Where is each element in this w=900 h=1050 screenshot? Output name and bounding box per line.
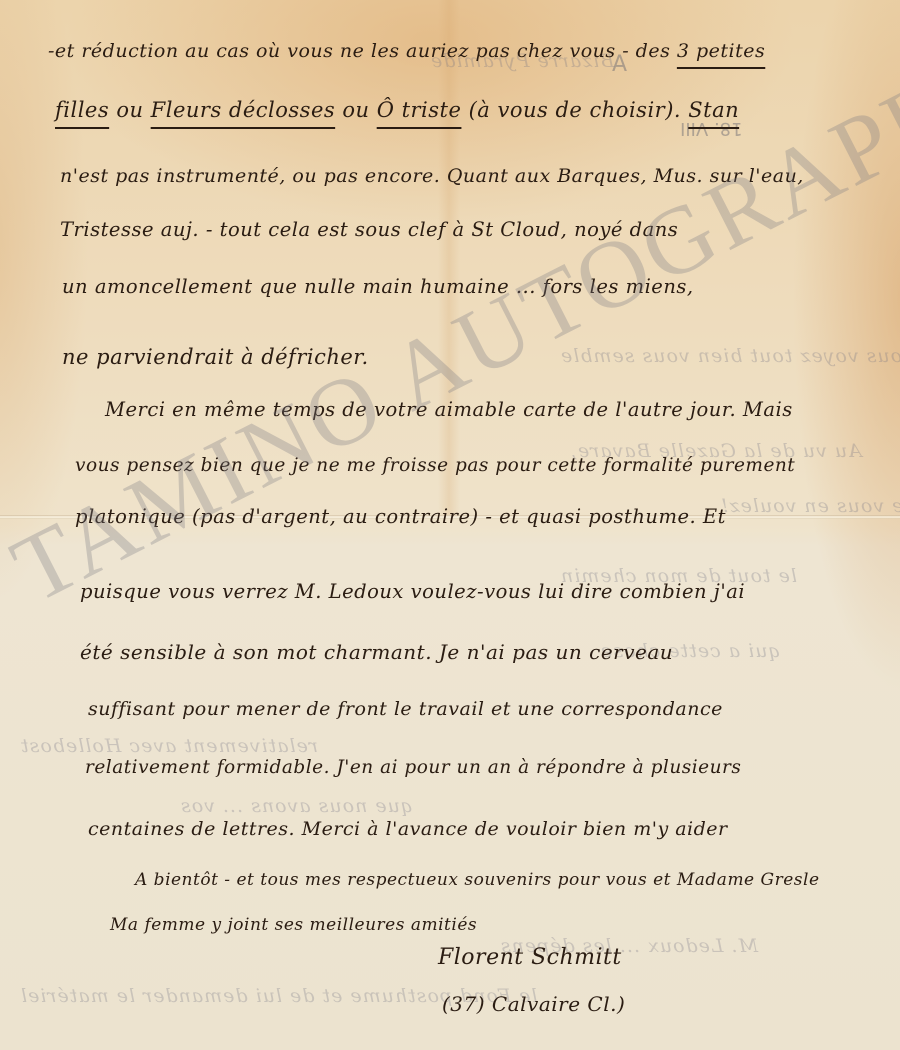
letter-page: Bizarre Pyramide ne vous voyez tout bien… <box>0 0 900 1050</box>
bleed-through-text: ne vous voyez tout bien vous semble <box>560 345 900 367</box>
line-text: (à vous de choisir). <box>461 98 688 122</box>
underlined-title: Ô triste <box>377 98 462 122</box>
underlined-title: 3 petites <box>677 40 765 62</box>
line-text: ou <box>109 98 151 122</box>
letter-line-12: suffisant pour mener de front le travail… <box>88 698 723 720</box>
letter-line-16: Ma femme y joint ses meilleures amitiés <box>110 915 477 935</box>
line-text: ou <box>335 98 377 122</box>
letter-line-14: centaines de lettres. Merci à l'avance d… <box>88 818 728 840</box>
line-text: -et réduction au cas où vous ne les auri… <box>48 40 677 62</box>
letter-line-10: puisque vous verrez M. Ledoux voulez-vou… <box>80 580 745 603</box>
letter-line-2: filles ou Fleurs déclosses ou Ô triste (… <box>55 98 739 122</box>
bleed-through-text: que vous en voulez! <box>720 495 900 517</box>
signature: Florent Schmitt <box>438 945 622 970</box>
letter-line-15: A bientôt - et tous mes respectueux souv… <box>135 870 820 890</box>
signature-address: (37) Calvaire Cl.) <box>442 992 625 1016</box>
letter-line-11: été sensible à son mot charmant. Je n'ai… <box>80 640 673 664</box>
underlined-title: Stan <box>688 98 739 122</box>
underlined-title: filles <box>55 98 109 122</box>
bleed-through-text: relativement avec Hollebost <box>20 735 318 757</box>
bleed-through-text: que nous avons ... vos <box>180 795 413 817</box>
letter-line-1: -et réduction au cas où vous ne les auri… <box>48 40 765 62</box>
letter-line-13: relativement formidable. J'en ai pour un… <box>85 757 741 778</box>
underlined-title: Fleurs déclosses <box>151 98 335 122</box>
vertical-fold-stain <box>438 0 460 515</box>
